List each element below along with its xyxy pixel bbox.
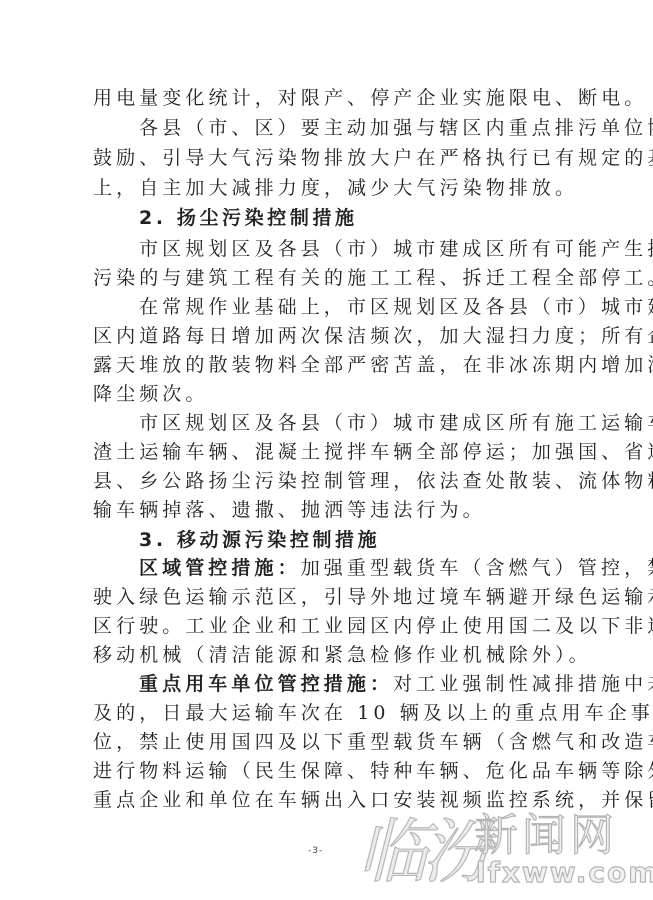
paragraph-line: 渣土运输车辆、混凝土搅拌车辆全部停运；加强国、省道及: [93, 438, 563, 466]
paragraph-line: 市区规划区及各县（市）城市建成区所有可能产生扬尘: [139, 235, 609, 263]
line-text: 在常规作业基础上，市区规划区及各县（市）城市建成: [139, 296, 653, 318]
line-text: 重点企业和单位在车辆出入口安装视频监控系统，并保留监: [93, 789, 653, 811]
paragraph-line: 县、乡公路扬尘污染控制管理，依法查处散装、流体物料运: [93, 467, 563, 495]
paragraph-line: 移动机械（清洁能源和紧急检修作业机械除外）。: [93, 641, 563, 669]
page-number: -3-: [308, 846, 323, 856]
line-text: 及的，日最大运输车次在 10 辆及以上的重点用车企事业单: [93, 702, 653, 724]
line-text: 加强重型载货车（含燃气）管控，禁止: [301, 557, 653, 579]
line-text: 市区规划区及各县（市）城市建成区所有可能产生扬尘: [139, 238, 653, 260]
line-text: 污染的与建筑工程有关的施工工程、拆迁工程全部停工。: [93, 267, 653, 289]
paragraph-line: 输车辆掉落、遗撒、抛洒等违法行为。: [93, 496, 563, 524]
paragraph-line: 鼓励、引导大气污染物排放大户在严格执行已有规定的基础: [93, 144, 563, 172]
line-text: 鼓励、引导大气污染物排放大户在严格执行已有规定的基础: [93, 147, 653, 169]
line-text: 各县（市、区）要主动加强与辖区内重点排污单位协商，: [139, 117, 653, 139]
line-text: 3. 移动源污染控制措施: [139, 529, 380, 551]
paragraph-line: 区行驶。工业企业和工业园区内停止使用国二及以下非道路: [93, 612, 563, 640]
section-heading: 3. 移动源污染控制措施: [139, 526, 609, 554]
line-text: 输车辆掉落、遗撒、抛洒等违法行为。: [93, 499, 486, 521]
lead-term: 区域管控措施：: [139, 557, 301, 579]
line-text: 降尘频次。: [93, 383, 209, 405]
line-text: 露天堆放的散装物料全部严密苫盖，在非冰冻期内增加洒水: [93, 354, 653, 376]
lead-term: 重点用车单位管控措施：: [139, 673, 393, 695]
line-text: 市区规划区及各县（市）城市建成区所有施工运输车辆、: [139, 412, 653, 434]
paragraph-line: 在常规作业基础上，市区规划区及各县（市）城市建成: [139, 293, 609, 321]
line-text: 移动机械（清洁能源和紧急检修作业机械除外）。: [93, 644, 592, 666]
line-text: 上，自主加大减排力度，减少大气污染物排放。: [93, 177, 578, 199]
paragraph-line: 露天堆放的散装物料全部严密苫盖，在非冰冻期内增加洒水: [93, 351, 563, 379]
paragraph-line: 及的，日最大运输车次在 10 辆及以上的重点用车企事业单: [93, 699, 563, 727]
line-text: 2. 扬尘污染控制措施: [139, 207, 358, 229]
document-page: 用电量变化统计，对限产、停产企业实施限电、断电。各县（市、区）要主动加强与辖区内…: [0, 0, 653, 900]
paragraph-line: 位，禁止使用国四及以下重型载货车辆（含燃气和改造车辆）: [93, 728, 563, 756]
paragraph-line: 上，自主加大减排力度，减少大气污染物排放。: [93, 174, 563, 202]
paragraph-line: 驶入绿色运输示范区，引导外地过境车辆避开绿色运输示范: [93, 583, 563, 611]
watermark-site-name: 新闻网: [474, 812, 618, 860]
line-text: 对工业强制性减排措施中未涉: [393, 673, 653, 695]
paragraph-line: 区域管控措施：加强重型载货车（含燃气）管控，禁止: [139, 554, 609, 582]
paragraph-line: 污染的与建筑工程有关的施工工程、拆迁工程全部停工。: [93, 264, 563, 292]
paragraph-line: 市区规划区及各县（市）城市建成区所有施工运输车辆、: [139, 409, 609, 437]
line-text: 位，禁止使用国四及以下重型载货车辆（含燃气和改造车辆）: [93, 731, 653, 753]
section-heading: 2. 扬尘污染控制措施: [139, 204, 609, 232]
line-text: 县、乡公路扬尘污染控制管理，依法查处散装、流体物料运: [93, 470, 653, 492]
watermark-url: lfxww.com: [476, 858, 653, 888]
paragraph-line: 降尘频次。: [93, 380, 563, 408]
line-text: 渣土运输车辆、混凝土搅拌车辆全部停运；加强国、省道及: [93, 441, 653, 463]
line-text: 驶入绿色运输示范区，引导外地过境车辆避开绿色运输示范: [93, 586, 653, 608]
line-text: 用电量变化统计，对限产、停产企业实施限电、断电。: [93, 87, 647, 109]
paragraph-line: 用电量变化统计，对限产、停产企业实施限电、断电。: [93, 84, 563, 112]
paragraph-line: 进行物料运输（民生保障、特种车辆、危化品车辆等除外）。: [93, 757, 563, 785]
paragraph-line: 区内道路每日增加两次保洁频次，加大湿扫力度；所有企业: [93, 322, 563, 350]
watermark-calligraphy: 临汾: [358, 812, 486, 892]
line-text: 区内道路每日增加两次保洁频次，加大湿扫力度；所有企业: [93, 325, 653, 347]
line-text: 进行物料运输（民生保障、特种车辆、危化品车辆等除外）。: [93, 760, 653, 782]
paragraph-line: 重点用车单位管控措施：对工业强制性减排措施中未涉: [139, 670, 609, 698]
line-text: 区行驶。工业企业和工业园区内停止使用国二及以下非道路: [93, 615, 653, 637]
paragraph-line: 各县（市、区）要主动加强与辖区内重点排污单位协商，: [139, 114, 609, 142]
